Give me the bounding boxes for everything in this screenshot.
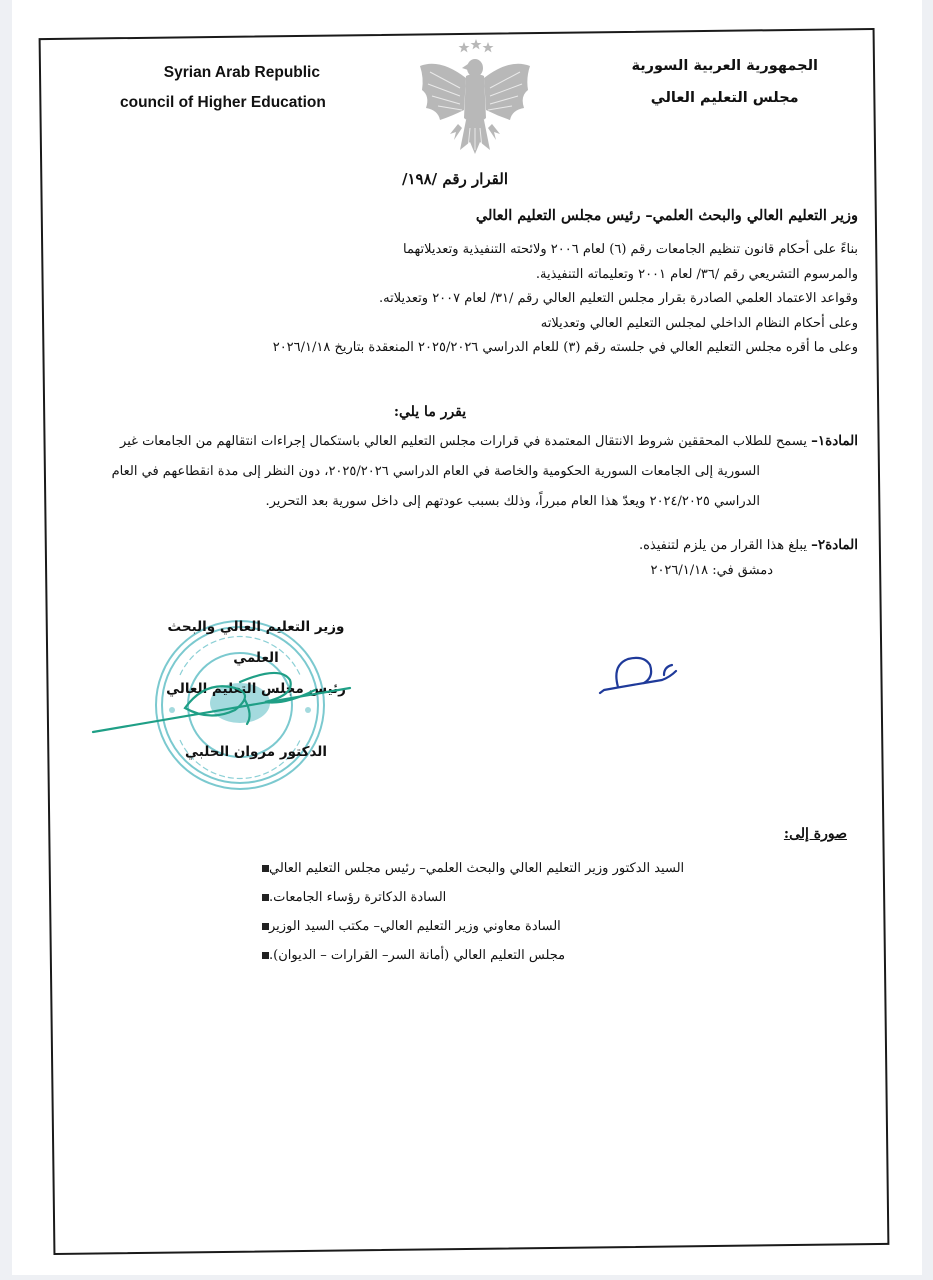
article-text: يسمح للطلاب المحققين شروط الانتقال المعت… [120, 434, 807, 449]
cc-recipient: السيد الدكتور وزير التعليم العالي والبحث… [248, 854, 848, 883]
square-bullet-icon [262, 894, 269, 901]
square-bullet-icon [262, 923, 269, 930]
letterhead-council-ar: مجلس التعليم العالي [631, 82, 818, 114]
cc-recipient: مجلس التعليم العالي (أمانة السر– القرارا… [248, 941, 848, 970]
cc-recipient-text: السيد الدكتور وزير التعليم العالي والبحث… [269, 854, 684, 883]
article-1-line-2: السورية إلى الجامعات السورية الحكومية وا… [58, 457, 760, 487]
cc-recipient: السادة الدكاترة رؤساء الجامعات. [248, 883, 848, 912]
issuer-title: وزير التعليم العالي والبحث العلمي– رئيس … [476, 207, 858, 224]
place-and-date: دمشق في: ٢٠٢٦/١/١٨ [650, 563, 773, 578]
preamble-line: والمرسوم التشريعي رقم /٣٦/ لعام ٢٠٠١ وتع… [168, 263, 858, 288]
article-1-line-1: المادة١– يسمح للطلاب المحققين شروط الانت… [58, 426, 858, 457]
square-bullet-icon [262, 865, 269, 872]
handwritten-signature-icon [85, 660, 365, 740]
article-1: المادة١– يسمح للطلاب المحققين شروط الانت… [58, 426, 858, 517]
document-page [12, 0, 922, 1275]
article-text: يبلغ هذا القرار من يلزم لتنفيذه. [639, 538, 807, 553]
arabic-letterhead: الجمهورية العربية السورية مجلس التعليم ا… [631, 50, 818, 114]
preamble-line: وقواعد الاعتماد العلمي الصادرة بقرار مجل… [168, 287, 858, 312]
cc-recipient-text: السادة الدكاترة رؤساء الجامعات. [269, 883, 446, 912]
initial-signature-icon [592, 645, 682, 700]
cc-recipient-list: السيد الدكتور وزير التعليم العالي والبحث… [248, 854, 848, 970]
article-label: المادة١– [811, 433, 858, 449]
square-bullet-icon [262, 952, 269, 959]
signatory-name: الدكتور مروان الحلبي [150, 737, 362, 768]
decides-heading: يقرر ما يلي: [330, 404, 530, 420]
letterhead-country-ar: الجمهورية العربية السورية [631, 50, 818, 82]
article-2: المادة٢– يبلغ هذا القرار من يلزم لتنفيذه… [58, 530, 858, 561]
preamble-line: وعلى أحكام النظام الداخلي لمجلس التعليم … [168, 312, 858, 337]
article-1-line-3: الدراسي ٢٠٢٤/٢٠٢٥ ويعدّ هذا العام مبرراً… [58, 487, 760, 517]
cc-recipient-text: مجلس التعليم العالي (أمانة السر– القرارا… [269, 941, 565, 970]
letterhead-country-en: Syrian Arab Republic [120, 58, 320, 88]
cc-heading: صورة إلى: [784, 826, 847, 842]
preamble-line: وعلى ما أقره مجلس التعليم العالي في جلست… [168, 336, 858, 361]
preamble: بناءً على أحكام قانون تنظيم الجامعات رقم… [168, 238, 858, 361]
english-letterhead: Syrian Arab Republic council of Higher E… [120, 58, 320, 118]
preamble-line: بناءً على أحكام قانون تنظيم الجامعات رقم… [168, 238, 858, 263]
syrian-eagle-emblem-icon [410, 38, 540, 156]
letterhead-council-en: council of Higher Education [120, 88, 320, 118]
cc-recipient: السادة معاوني وزير التعليم العالي– مكتب … [248, 912, 848, 941]
decision-number: القرار رقم /١٩٨/ [402, 170, 508, 188]
cc-recipient-text: السادة معاوني وزير التعليم العالي– مكتب … [269, 912, 561, 941]
article-label: المادة٢– [811, 537, 858, 553]
